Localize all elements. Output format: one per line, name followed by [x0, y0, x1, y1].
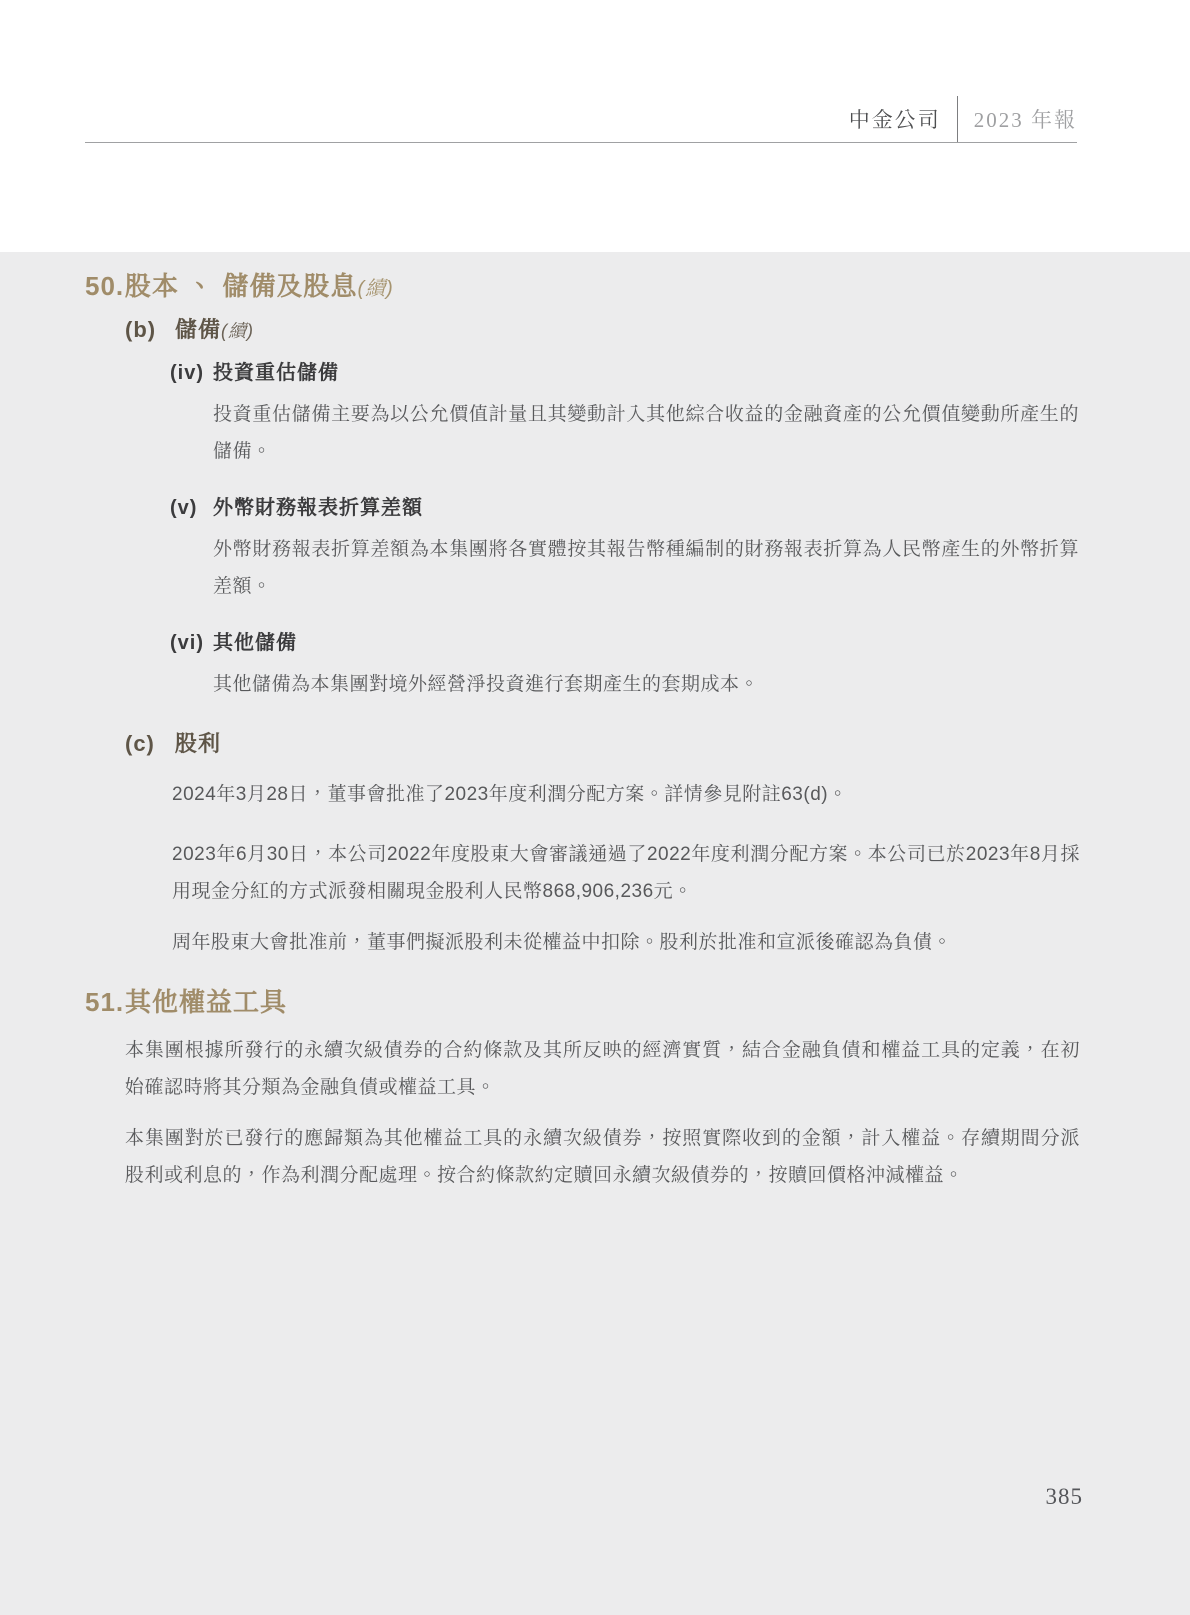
subsection-c-title: 股利 [175, 731, 221, 756]
section-51-heading: 51.其他權益工具 [85, 982, 287, 1019]
item-vi-body: 其他儲備為本集團對境外經營淨投資進行套期產生的套期成本。 [213, 666, 1079, 703]
section-51-number: 51. [85, 987, 125, 1018]
item-v-title: 外幣財務報表折算差額 [213, 497, 423, 519]
header-rule [85, 142, 1077, 143]
section-50-number: 50. [85, 271, 125, 302]
dividend-paragraph-1: 2024年3月28日，董事會批准了2023年度利潤分配方案。詳情參見附註63(d… [172, 776, 1080, 813]
section-51-paragraph-1: 本集團根據所發行的永續次級債券的合約條款及其所反映的經濟實質，結合金融負債和權益… [125, 1032, 1080, 1106]
report-year: 2023 年報 [958, 104, 1077, 134]
section-50-title: 股本 、 儲備及股息 [125, 271, 357, 301]
item-vi-label: (vi) [170, 632, 213, 655]
item-iv-title: 投資重估儲備 [213, 362, 339, 384]
company-name: 中金公司 [849, 104, 957, 134]
page-number: 385 [1013, 1484, 1083, 1510]
item-vi-heading: (vi)其他儲備 [170, 626, 297, 655]
section-51-paragraph-2: 本集團對於已發行的應歸類為其他權益工具的永續次級債券，按照實際收到的金額，計入權… [125, 1120, 1080, 1194]
subsection-c-heading: (c)股利 [125, 727, 221, 758]
item-v-heading: (v)外幣財務報表折算差額 [170, 491, 423, 520]
section-50-heading: 50.股本 、 儲備及股息(續) [85, 266, 394, 303]
dividend-paragraph-3: 周年股東大會批准前，董事們擬派股利未從權益中扣除。股利於批准和宣派後確認為負債。 [172, 924, 1080, 961]
subsection-b-continued: (續) [221, 321, 254, 341]
section-51-title: 其他權益工具 [125, 987, 287, 1017]
item-vi-title: 其他儲備 [213, 632, 297, 654]
item-v-label: (v) [170, 497, 213, 520]
subsection-b-title: 儲備 [175, 317, 221, 342]
page-header: 中金公司 2023 年報 [849, 96, 1077, 142]
subsection-b-heading: (b)儲備(續) [125, 313, 254, 344]
item-v-body: 外幣財務報表折算差額為本集團將各實體按其報告幣種編制的財務報表折算為人民幣產生的… [213, 531, 1079, 605]
section-50-continued: (續) [357, 278, 393, 300]
dividend-paragraph-2: 2023年6月30日，本公司2022年度股東大會審議通過了2022年度利潤分配方… [172, 836, 1080, 910]
item-iv-heading: (iv)投資重估儲備 [170, 356, 339, 385]
subsection-b-label: (b) [125, 317, 175, 343]
report-page: 中金公司 2023 年報 50.股本 、 儲備及股息(續) (b)儲備(續) (… [0, 0, 1190, 1615]
item-iv-label: (iv) [170, 362, 213, 385]
subsection-c-label: (c) [125, 731, 175, 757]
item-iv-body: 投資重估儲備主要為以公允價值計量且其變動計入其他綜合收益的金融資產的公允價值變動… [213, 396, 1079, 470]
